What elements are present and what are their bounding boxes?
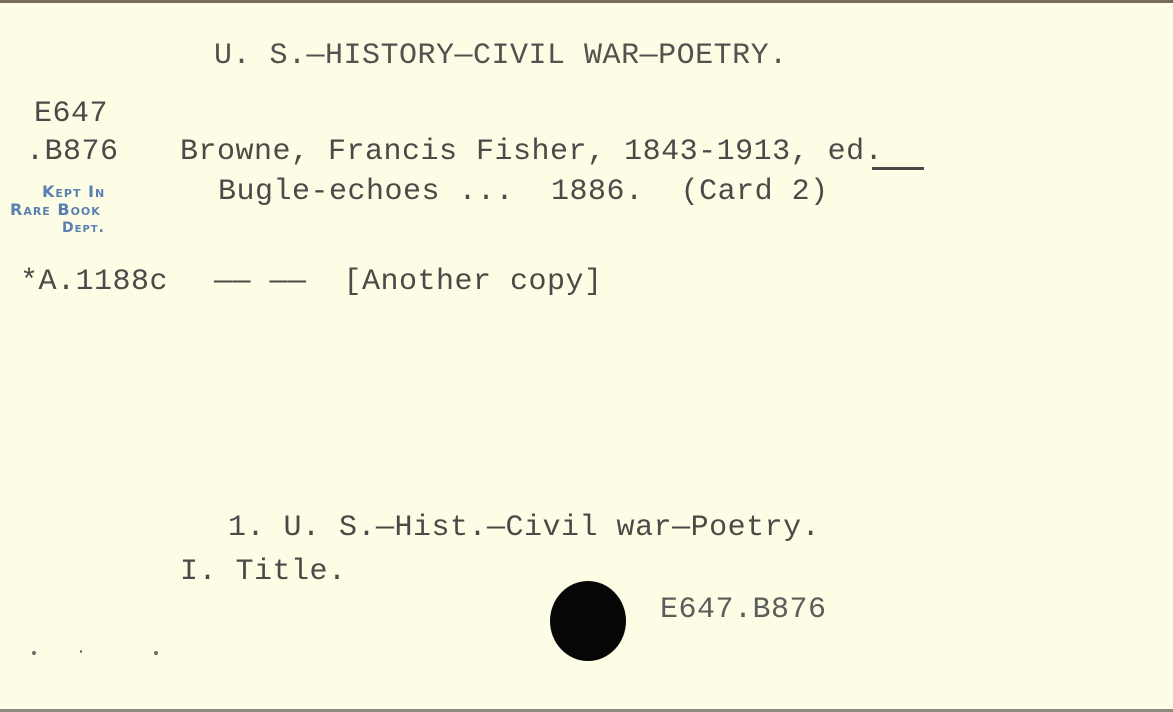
spine-call-number: E647.B876 <box>660 593 827 627</box>
ink-speck <box>80 650 82 653</box>
author-line: Browne, Francis Fisher, 1843-1913, ed. <box>180 135 883 169</box>
subject-tracing: 1. U. S.—Hist.—Civil war—Poetry. <box>228 511 820 545</box>
ed-underline <box>872 167 924 170</box>
stamp-line-3: Dept. <box>10 219 200 237</box>
call-number-class: E647 <box>34 97 108 131</box>
stamp-line-2: Rare Book <box>10 201 200 219</box>
punch-hole-icon <box>550 581 626 661</box>
title-line: Bugle-echoes ... 1886. (Card 2) <box>218 175 829 209</box>
stamp-line-1: Kept In <box>10 183 200 201</box>
rare-copy-call-number: *A.1188c <box>20 265 168 299</box>
ink-speck <box>32 651 36 655</box>
title-tracing: I. Title. <box>180 555 347 589</box>
ink-speck <box>154 651 158 655</box>
call-number-cutter: .B876 <box>26 135 119 169</box>
catalog-card: U. S.—HISTORY—CIVIL WAR—POETRY. E647 .B8… <box>0 0 1173 712</box>
subject-heading: U. S.—HISTORY—CIVIL WAR—POETRY. <box>214 39 788 73</box>
another-copy-line: —— —— [Another copy] <box>214 265 603 299</box>
rare-book-stamp: Kept In Rare Book Dept. <box>10 183 200 237</box>
